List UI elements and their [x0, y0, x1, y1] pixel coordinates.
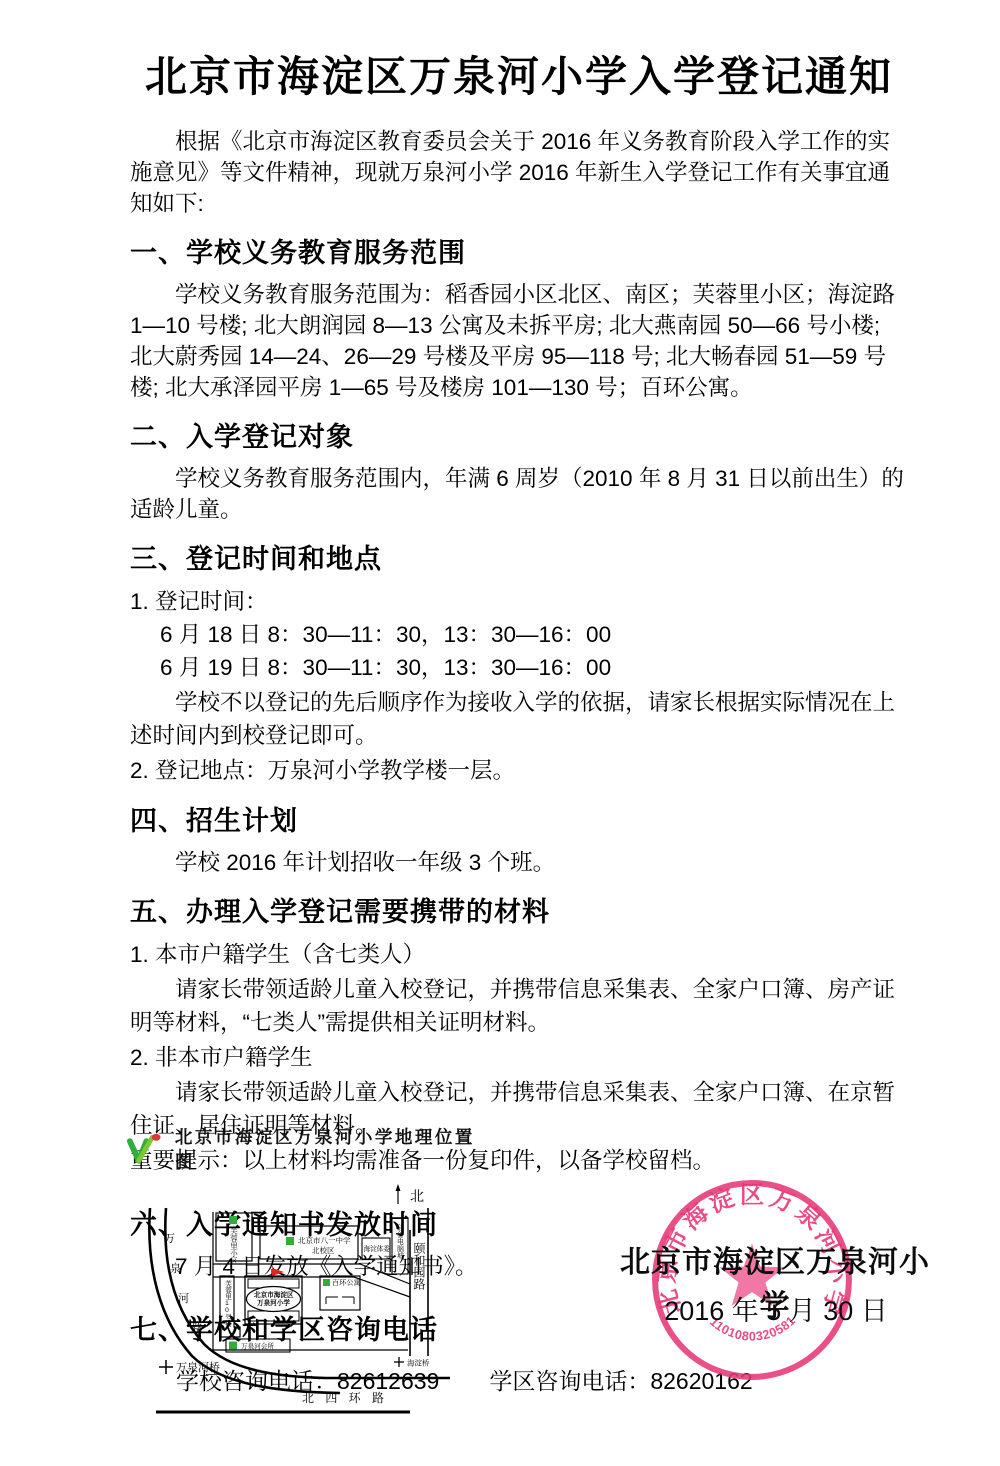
map-north-label: 北	[410, 1188, 424, 1204]
section-3-heading: 三、登记时间和地点	[130, 537, 908, 576]
map-header: 北京市海淀区万泉河小学地理位置图	[126, 1124, 486, 1174]
local-students-detail: 请家长带领适龄儿童入校登记，并携带信息采集表、全家户口簿、房产证明等材料，“七类…	[130, 973, 908, 1039]
section-1-heading: 一、学校义务教育服务范围	[130, 231, 908, 270]
baihuan-buildings	[326, 1297, 354, 1304]
section-2-heading: 二、入学登记对象	[130, 415, 908, 454]
registration-note: 学校不以登记的先后顺序作为接收入学的依据，请家长根据实际情况在上述时间内到校登记…	[130, 686, 908, 752]
computer-city-label: 硅谷电脑城	[397, 1223, 405, 1260]
map-caption: 北京市海淀区万泉河小学地理位置图	[175, 1124, 486, 1174]
section-1-body: 学校义务教育服务范围为：稻香园小区北区、南区；芙蓉里小区；海淀路 1—10 号楼…	[130, 279, 908, 403]
furongli-label: 芙蓉里小区	[229, 1226, 238, 1266]
haidian-bridge-label: 海淀桥	[407, 1358, 430, 1368]
local-students-item: 1. 本市户籍学生（含七类人）	[130, 938, 908, 971]
poi-icon-furongli	[229, 1216, 237, 1224]
school-label-line1: 北京市海淀区	[254, 1290, 294, 1299]
road-char-1: 万	[164, 1232, 175, 1245]
section-4-body: 学校 2016 年计划招收一年级 3 个班。	[130, 847, 908, 878]
notice-document: 北京市海淀区万泉河小学入学登记通知 根据《北京市海淀区教育委员会关于 2016 …	[0, 0, 1000, 1466]
doc-title: 北京市海淀区万泉河小学入学登记通知	[130, 44, 908, 104]
location-map-block: 北京市海淀区万泉河小学地理位置图 北 万 泉 河 路	[126, 1124, 486, 1432]
road-char-2: 泉	[170, 1262, 181, 1275]
ring-road-label: 北 四 环 路	[302, 1391, 388, 1405]
location-map: 北 万 泉 河 路 颐和园路	[126, 1180, 466, 1432]
poi-icon-club	[229, 1342, 237, 1350]
school-logo-icon	[126, 1132, 167, 1166]
section-2-body: 学校义务教育服务范围内，年满 6 周岁（2010 年 8 月 31 日以前出生）…	[130, 463, 908, 525]
wanquanhe-bridge-label: 万泉河桥	[176, 1360, 220, 1374]
poi-icon-bayi	[286, 1237, 294, 1245]
school-bottom-building	[248, 1311, 299, 1321]
poi-icon-baihuan	[323, 1279, 330, 1286]
bayi-label-line2: 北校区	[312, 1245, 335, 1255]
road-char-3: 河	[178, 1292, 189, 1305]
school-label-line2: 万泉河小学	[257, 1298, 290, 1307]
road-char-4: 路	[192, 1322, 203, 1335]
registration-place-item: 2. 登记地点：万泉河小学教学楼一层。	[130, 754, 908, 787]
sports-label: 海淀体委	[364, 1244, 391, 1253]
registration-time-item: 1. 登记时间：	[130, 585, 908, 618]
wanquanhe-bridge-icon	[159, 1360, 173, 1374]
baihuan-label: 百环公寓	[332, 1278, 361, 1287]
intro-paragraph: 根据《北京市海淀区教育委员会关于 2016 年义务教育阶段入学工作的实施意见》等…	[130, 126, 908, 219]
signature-date: 2016 年 5 月 30 日	[636, 1289, 916, 1328]
block-boundaries	[213, 1212, 410, 1350]
time-line-2: 6 月 19 日 8：30—11：30，13：30—16：00	[130, 651, 908, 684]
haidian-bridge-icon	[394, 1357, 404, 1367]
signature-block: 北京市海淀区万泉河小学 1101080320581 北京市海淀区万泉河小学 20…	[646, 1174, 966, 1394]
section-4-heading: 四、招生计划	[130, 799, 908, 838]
furongli10-label: 芙蓉里10号楼	[224, 1279, 232, 1328]
logo-red-dot	[152, 1134, 161, 1141]
bayi-label-line1: 北京市八一中学	[298, 1235, 351, 1245]
north-arrow-icon	[396, 1184, 401, 1204]
section-5-heading: 五、办理入学登记需要携带的材料	[130, 890, 908, 929]
school-oval	[247, 1287, 301, 1312]
nonlocal-students-item: 2. 非本市户籍学生	[130, 1041, 908, 1074]
club-label: 万泉河会所	[241, 1342, 274, 1351]
time-line-1: 6 月 18 日 8：30—11：30，13：30—16：00	[130, 618, 908, 651]
yiheyuan-road-label: 颐和园路	[412, 1242, 426, 1290]
